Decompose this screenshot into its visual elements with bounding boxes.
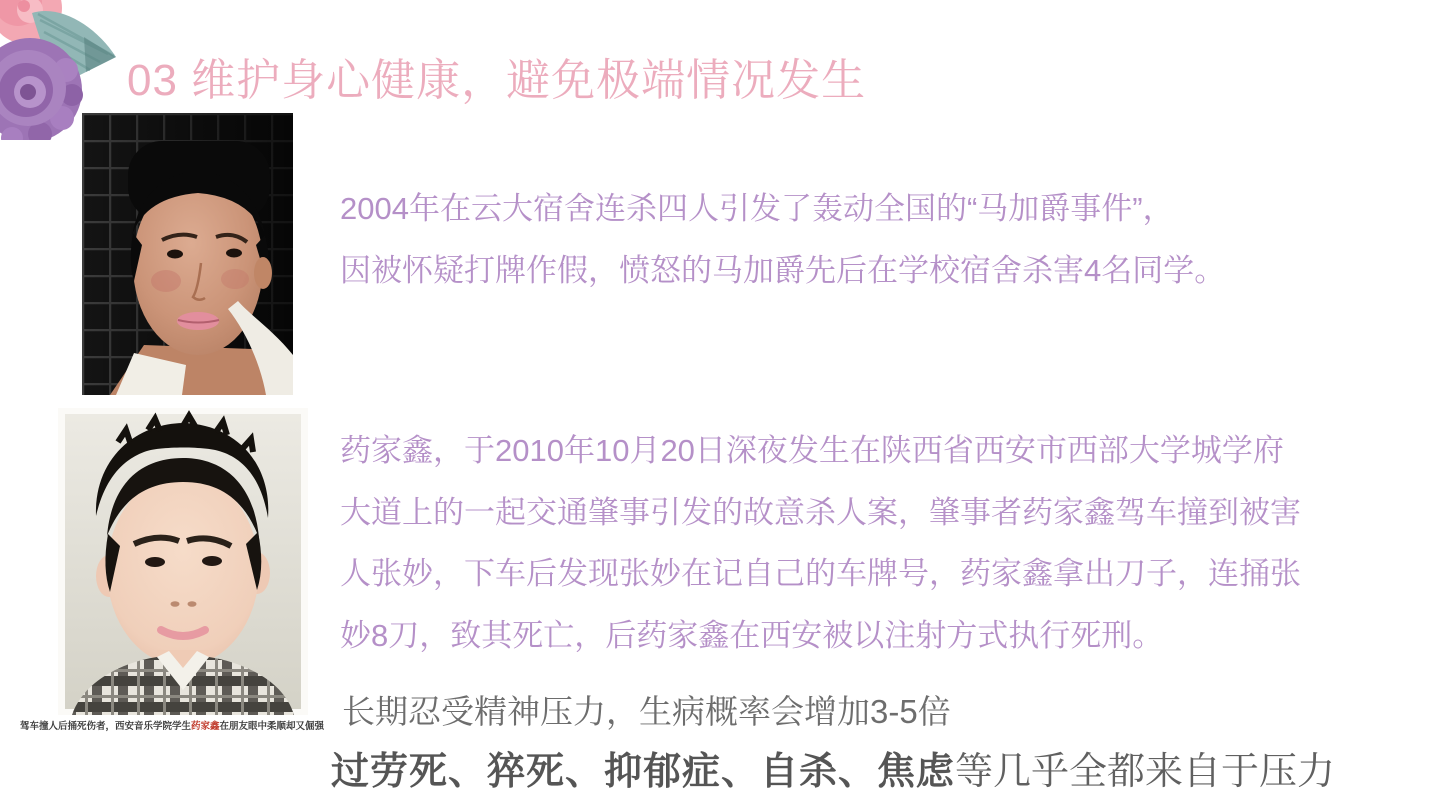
case2-paragraph: 药家鑫，于2010年10月20日深夜发生在陕西省西安市西部大学城学府 大道上的一…	[340, 420, 1301, 666]
case2-line: 人张妙，下车后发现张妙在记自己的车牌号，药家鑫拿出刀子，连捅张	[340, 543, 1301, 605]
photo-caption: 驾车撞人后捅死伤者，西安音乐学院学生药家鑫在朋友眼中柔顺却又倔强	[20, 718, 330, 732]
yaojiaxin-portrait-illustration	[58, 408, 308, 715]
caption-name: 药家鑫	[191, 721, 220, 732]
majiajue-portrait-illustration	[82, 113, 293, 395]
stress-causes-rest: 等几乎全都来自于压力	[955, 751, 1335, 793]
caption-text-post: 在朋友眼中柔顺却又倔强	[220, 721, 325, 732]
caption-text-pre: 驾车撞人后捅死伤者，西安音乐学院学生	[20, 721, 191, 732]
stress-causes: 过劳死、猝死、抑郁症、自杀、焦虑等几乎全都来自于压力	[331, 740, 1335, 795]
stress-causes-bold: 过劳死、猝死、抑郁症、自杀、焦虑	[331, 751, 955, 793]
majiajue-photo	[82, 113, 293, 395]
yaojiaxin-photo	[58, 408, 308, 715]
stress-statement: 长期忍受精神压力，生病概率会增加3-5倍	[342, 686, 951, 733]
case1-paragraph: 2004年在云大宿舍连杀四人引发了轰动全国的“马加爵事件”， 因被怀疑打牌作假，…	[340, 178, 1225, 301]
slide: 03 维护身心健康，避免极端情况发生	[0, 0, 1440, 810]
page-title: 03 维护身心健康，避免极端情况发生	[127, 44, 866, 108]
case2-line: 药家鑫，于2010年10月20日深夜发生在陕西省西安市西部大学城学府	[340, 420, 1301, 482]
case2-line: 大道上的一起交通肇事引发的故意杀人案，肇事者药家鑫驾车撞到被害	[340, 482, 1301, 544]
case2-line: 妙8刀，致其死亡，后药家鑫在西安被以注射方式执行死刑。	[340, 605, 1301, 667]
case1-line: 因被怀疑打牌作假，愤怒的马加爵先后在学校宿舍杀害4名同学。	[340, 240, 1225, 302]
case1-line: 2004年在云大宿舍连杀四人引发了轰动全国的“马加爵事件”，	[340, 178, 1225, 240]
